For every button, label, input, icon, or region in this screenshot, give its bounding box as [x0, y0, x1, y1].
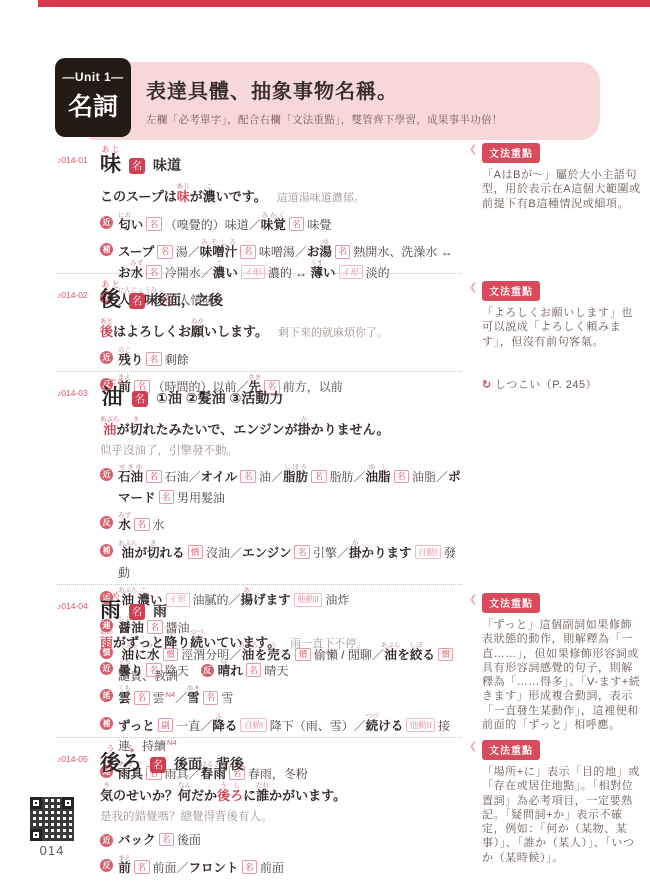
jp-word: に [243, 788, 256, 803]
cn-gloss: 後面 [177, 833, 201, 847]
vocab-entry: ♪014-05後ろうし名後面，背後気きのせいか？何なんだか後ろうしに誰だれかがい… [57, 744, 467, 878]
vocab-line-content: バック名後面 [118, 830, 467, 850]
jp-word: 雪ゆき [187, 691, 200, 705]
cn-gloss: 一直／ [176, 719, 212, 733]
relation-tag: 補 [100, 717, 113, 730]
jp-word: はよろしくお [113, 324, 191, 339]
entry-header: 後あと名後面，之後 [100, 280, 467, 312]
grammar-note-text: 「AはBが〜」屬於大小主語句型，用於表示在A這個大範圍或前提下有B這種情況或細項… [482, 168, 642, 211]
example-translation: 剩下來的就麻煩你了。 [278, 327, 388, 339]
jp-word: 降ふ [212, 719, 225, 733]
cn-gloss: 脂肪／ [330, 470, 366, 484]
jp-word: り [177, 635, 190, 650]
cn-gloss: 降下（雨、雪）／ [270, 719, 366, 733]
jp-word: い [323, 266, 336, 280]
pos-tag: 名 [146, 663, 162, 677]
vocab-line-content: 残のこり名剩餘 [118, 347, 467, 370]
cn-gloss: 濃的 ↔ [268, 266, 311, 280]
jp-word: い [225, 266, 238, 280]
relation-tag: 延 [100, 689, 113, 702]
note-pointer-icon: ❮ [469, 144, 477, 155]
pos-tag: 他動II [406, 718, 435, 732]
relation-tag: 近 [100, 216, 113, 229]
jp-word: ける [378, 719, 403, 733]
jp-word: いです。 [216, 189, 267, 204]
headword-meaning: ①油 ②髮油 ③活動力 [156, 388, 283, 410]
vocab-line-content: スープ名湯／味噌汁みそしる名味噌湯／お湯ゆ名熱開水、洗澡水 ↔ お水みず名冷開水… [118, 239, 467, 283]
unit-label: —Unit 1— [55, 70, 131, 84]
unit-box: —Unit 1— 名詞 [55, 58, 131, 137]
jp-word: いします。 [204, 324, 268, 339]
example-sentence: 後あとはよろしくお願ねがいします。剩下來的就麻煩你了。 [100, 318, 467, 343]
jp-word: がずっと [113, 635, 164, 650]
jp-word: 濃こ [213, 266, 226, 280]
headword: 味あじ [100, 145, 121, 177]
example-translation: 雨一直下不停。 [290, 638, 367, 650]
jp-word: 石油せきゆ [118, 470, 143, 484]
cn-gloss: 味覺 [307, 218, 331, 232]
cn-gloss: ／ [175, 691, 187, 705]
cn-gloss: 雲 [153, 691, 165, 705]
grammar-note-text: 「よろしくお願いします」也可以説成「よろしく頼みます」，但沒有前句客氣。 [482, 306, 642, 349]
vocab-line: 近バック名後面 [100, 830, 467, 850]
vocab-line: 近曇くもり名陰天反晴はれ名晴天 [100, 658, 467, 681]
cn-gloss: 引擎／ [313, 546, 349, 560]
pos-tag: 自動I [415, 545, 441, 559]
pos-tag: 自動I [240, 718, 266, 732]
jp-word: 前まえ [118, 861, 131, 875]
grammar-note-text: 「ずっと」這個副詞如果修飾表狀態的動作，則解釋為「一直……」，但如果修飾形容詞或… [482, 618, 642, 732]
jp-word: お [307, 245, 320, 259]
jp-word: 濃こ [203, 189, 216, 204]
pos-tag: 名 [159, 833, 175, 847]
jp-word: いています。 [203, 635, 280, 650]
audio-track-number: ♪014-05 [57, 754, 88, 764]
jp-word: だか [191, 788, 217, 803]
audio-track-number: ♪014-04 [57, 601, 88, 611]
jp-word: い [131, 218, 144, 232]
pos-tag: 名 [159, 490, 175, 504]
chapter-banner: 表達具體、抽象事物名稱。 左欄「必考單字」，配合右欄「文法重點」，雙管齊下學習，… [88, 62, 600, 140]
cross-reference-icon: ↻ [482, 379, 492, 391]
jp-word: が [116, 422, 129, 437]
book-page: —Unit 1— 名詞 表達具體、抽象事物名稱。 左欄「必考單字」，配合右欄「文… [0, 0, 650, 882]
jp-word: 味覚みかく [261, 218, 286, 232]
pos-badge: 名 [150, 757, 166, 773]
vocab-line: 補スープ名湯／味噌汁みそしる名味噌湯／お湯ゆ名熱開水、洗澡水 ↔ お水みず名冷開… [100, 239, 467, 283]
jp-word: り [131, 353, 144, 367]
jp-word: 降ふ [164, 635, 177, 650]
jp-word: 薄うす [311, 266, 324, 280]
jp-word: かがいます。 [269, 788, 346, 803]
jp-word: 掛か [298, 422, 311, 437]
grammar-note-badge: 文法重點 [482, 593, 540, 613]
jp-word: 願ねが [191, 324, 204, 339]
entry-header: 雨あめ名雨 [100, 591, 467, 623]
cn-gloss: 味噌湯／ [259, 245, 307, 259]
cn-gloss: 油／ [259, 470, 283, 484]
jp-word: オイル [201, 470, 238, 484]
vocab-line: 補油あぶらが切きれる慣沒油／エンジン名引擎／掛かかります自動I發動 [100, 540, 467, 584]
jp-word: 誰だれ [256, 788, 269, 803]
jp-word: スープ [118, 245, 154, 259]
pos-tag: 名 [394, 470, 410, 484]
relation-tag: 近 [100, 351, 113, 364]
vocab-line-content: 匂におい名（嗅覺的）味道／味覚みかく名味覺 [118, 212, 467, 235]
pos-tag: 名 [146, 217, 162, 231]
vocab-line-content: 前まえ名前面／フロント名前面 [118, 855, 467, 878]
vocab-line: 反前まえ名前面／フロント名前面 [100, 855, 467, 878]
pos-tag: 名 [134, 691, 150, 705]
headword-meaning: 後面，之後 [153, 290, 223, 312]
headword: 雨あめ [100, 591, 121, 623]
cn-gloss: 前面／ [153, 861, 189, 875]
jp-word: 何なん [178, 788, 191, 803]
jp-word: のせいか？ [113, 788, 178, 803]
relation-tag: 反 [201, 664, 214, 677]
pos-tag: 慣 [188, 545, 204, 559]
jp-word: 続つづ [366, 719, 379, 733]
relation-tag: 近 [100, 662, 113, 675]
pos-tag: 名 [146, 470, 162, 484]
grammar-note: ❮文法重點「場所+に」表示「目的地」或「存在或居住地點」。「相對位置詞」為必考項… [482, 740, 642, 865]
cn-gloss: 淡的 [366, 266, 390, 280]
jp-word: フロント [189, 861, 239, 875]
relation-tag: 補 [100, 243, 113, 256]
qr-finder-icon [62, 797, 74, 809]
example-sentence: 雨あめがずっと降ふり続つづいています。雨一直下不停。 [100, 629, 467, 654]
vocab-line: 延雲くも名雲N4／雪ゆき名雪 [100, 685, 467, 708]
pos-tag: 名 [289, 217, 305, 231]
pos-tag: 名 [242, 860, 258, 874]
example-sentence: このスープは味あじが濃こいです。這道湯味道濃郁。 [100, 183, 467, 208]
qr-code [30, 797, 74, 841]
jp-word: お [118, 266, 131, 280]
audio-track-number: ♪014-01 [57, 155, 88, 165]
example-translation: 是我的錯覺嗎？總覺得背後有人。 [100, 809, 467, 826]
jp-word: 脂肪しぼう [283, 470, 308, 484]
headword: 後あと [100, 280, 121, 312]
cross-reference: ↻しつこい（P. 245） [482, 376, 642, 392]
pos-badge: 名 [132, 391, 148, 407]
cn-gloss: 前面 [260, 861, 284, 875]
headword: 後ろうし [100, 744, 142, 776]
vocab-line: 反水みず名水 [100, 512, 467, 535]
jp-word: このスープは [100, 189, 177, 204]
jp-word: 残のこ [118, 353, 131, 367]
cn-gloss: 沒油／ [206, 546, 242, 560]
pos-tag: 名 [311, 470, 327, 484]
vocab-line-content: 石油せきゆ名石油／オイル名油／脂肪しぼう名脂肪／油脂ゆし名油脂／ポマード名男用髮… [118, 464, 467, 508]
cn-gloss: （嗅覺的）味道／ [165, 218, 261, 232]
grammar-note-badge: 文法重點 [482, 143, 540, 163]
grammar-note-badge: 文法重點 [482, 740, 540, 760]
jp-word: 切き [147, 546, 160, 560]
jp-word: 水みず [118, 518, 131, 532]
jp-word: 続つづ [190, 635, 203, 650]
example-translation: 似乎沒油了，引擎發不動。 [100, 443, 467, 460]
jp-word: 掛か [349, 546, 362, 560]
jp-word: 切き [130, 422, 143, 437]
jp-word: れ [230, 664, 243, 678]
pos-tag: 名 [246, 663, 262, 677]
headword-meaning: 雨 [153, 601, 167, 623]
jp-word: 油脂ゆし [366, 470, 391, 484]
pos-tag: 名 [134, 518, 150, 532]
pos-tag: 副 [158, 718, 174, 732]
grammar-note-text: 「場所+に」表示「目的地」或「存在或居住地點」。「相對位置詞」為必考項目，一定要… [482, 765, 642, 865]
jp-word: ずっと [118, 719, 155, 733]
page-number: 014 [30, 843, 74, 858]
example-translation: 這道湯味道濃郁。 [277, 192, 365, 204]
cn-gloss: 油脂／ [412, 470, 448, 484]
unit-name: 名詞 [55, 87, 131, 123]
audio-track-number: ♪014-03 [57, 388, 88, 398]
headword-meaning: 後面，背後 [174, 754, 244, 776]
pos-tag: イ形 [241, 265, 265, 279]
relation-tag: 補 [100, 544, 113, 557]
jp-word: かりません。 [311, 422, 390, 437]
pos-badge: 名 [129, 293, 145, 309]
headword-highlight: 後ろうし [217, 788, 243, 803]
pos-tag: 名 [203, 691, 219, 705]
pos-tag: イ形 [339, 265, 363, 279]
cn-gloss: 水 [153, 518, 165, 532]
headword-highlight: 後あと [100, 324, 113, 339]
pos-badge: 名 [129, 158, 145, 174]
vocab-line: 近残のこり名剩餘 [100, 347, 467, 370]
note-pointer-icon: ❮ [469, 741, 477, 752]
entry-header: 油あぶら名①油 ②髮油 ③活動力 [100, 378, 467, 410]
jp-word: エンジン [242, 546, 291, 560]
pos-tag: 名 [240, 245, 256, 259]
jp-word: かります [362, 546, 412, 560]
cn-gloss: 熱開水、洗澡水 ↔ [353, 245, 452, 259]
cn-gloss: 男用髮油 [177, 491, 225, 505]
entry-header: 後ろうし名後面，背後 [100, 744, 467, 776]
grammar-note: ❮文法重點「ずっと」這個副詞如果修飾表狀態的動作，則解釋為「一直……」，但如果修… [482, 593, 642, 732]
vocab-line-content: 雲くも名雲N4／雪ゆき名雪 [118, 685, 467, 708]
pos-tag: 名 [157, 245, 173, 259]
chapter-title: 表達具體、抽象事物名稱。 [146, 75, 586, 104]
vocab-line-content: 水みず名水 [118, 512, 467, 535]
note-pointer-icon: ❮ [469, 282, 477, 293]
top-red-bar [38, 0, 650, 7]
headword: 油あぶら [100, 378, 124, 410]
relation-tag: 反 [100, 516, 113, 529]
pos-tag: 名 [146, 265, 162, 279]
jp-word: 水みず [131, 266, 144, 280]
grammar-note-badge: 文法重點 [482, 281, 540, 301]
vocab-line-content: 曇くもり名陰天反晴はれ名晴天 [118, 658, 467, 681]
qr-finder-icon [30, 797, 42, 809]
qr-finder-icon [30, 829, 42, 841]
relation-tag: 反 [100, 859, 113, 872]
jlpt-level: N4 [166, 690, 176, 699]
cross-reference-text: しつこい（P. 245） [495, 379, 597, 391]
cn-gloss: 陰天 [165, 664, 189, 678]
cn-gloss: 湯／ [176, 245, 200, 259]
cn-gloss: 冷開水／ [165, 266, 213, 280]
headword-highlight: 雨あめ [100, 635, 113, 650]
cn-gloss: 晴天 [264, 664, 288, 678]
example-sentence: 気きのせいか？何なんだか後ろうしに誰だれかがいます。 [100, 782, 467, 807]
chapter-subtitle: 左欄「必考單字」，配合右欄「文法重點」，雙管齊下學習，成果事半功倍！ [146, 112, 586, 127]
jp-word: 味噌汁みそしる [200, 245, 238, 259]
audio-track-number: ♪014-02 [57, 290, 88, 300]
cn-gloss: 石油／ [165, 470, 201, 484]
jp-word: 油あぶら [118, 546, 134, 560]
vocab-line: 近石油せきゆ名石油／オイル名油／脂肪しぼう名脂肪／油脂ゆし名油脂／ポマード名男用… [100, 464, 467, 508]
jp-word: が [134, 546, 147, 560]
pos-tag: 名 [146, 352, 162, 366]
jp-word: 雲くも [118, 691, 131, 705]
jp-word: 湯ゆ [319, 245, 332, 259]
entry-header: 味あじ名味道 [100, 145, 467, 177]
jp-word: 晴は [218, 664, 231, 678]
relation-tag: 近 [100, 834, 113, 847]
pos-tag: 名 [335, 245, 351, 259]
jp-word: バック [118, 833, 156, 847]
jp-word: 匂にお [118, 218, 131, 232]
grammar-note: ❮文法重點「よろしくお願いします」也可以説成「よろしく頼みます」，但沒有前句客氣… [482, 281, 642, 349]
example-sentence: 油あぶらが切きれたみたいで、エンジンが掛かかりません。 [100, 416, 467, 441]
pos-tag: 名 [134, 860, 150, 874]
pos-badge: 名 [129, 604, 145, 620]
headword-highlight: 味あじ [177, 189, 190, 204]
note-pointer-icon: ❮ [469, 594, 477, 605]
jp-word: り [131, 664, 144, 678]
jp-word: 曇くも [118, 664, 131, 678]
jp-word: れる [160, 546, 185, 560]
vocab-line-content: 油あぶらが切きれる慣沒油／エンジン名引擎／掛かかります自動I發動 [118, 540, 467, 584]
cn-gloss: 剩餘 [165, 353, 189, 367]
grammar-note: ❮文法重點「AはBが〜」屬於大小主語句型，用於表示在A這個大範圍或前提下有B這種… [482, 143, 642, 211]
jp-word: 気き [100, 788, 113, 803]
relation-tag: 近 [100, 468, 113, 481]
jp-word: れたみたいで、エンジンが [143, 422, 298, 437]
headword-meaning: 味道 [153, 155, 181, 177]
pos-tag: 名 [240, 470, 256, 484]
vocab-line: 近匂におい名（嗅覺的）味道／味覚みかく名味覺 [100, 212, 467, 235]
cn-gloss: 雪 [221, 691, 233, 705]
pos-tag: 名 [294, 545, 310, 559]
jp-word: る [225, 719, 238, 733]
jp-word: が [190, 189, 203, 204]
headword-highlight: 油あぶら [100, 422, 116, 437]
